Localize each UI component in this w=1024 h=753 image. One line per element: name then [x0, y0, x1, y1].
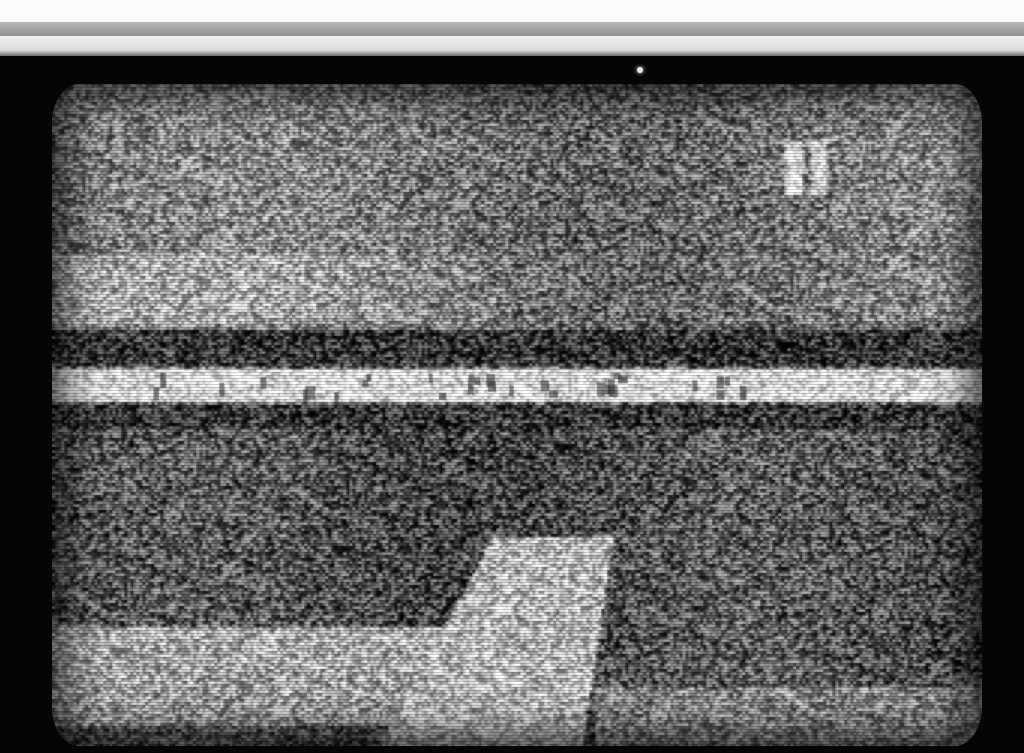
reflection-highlight [637, 67, 643, 73]
background-wall [0, 0, 1024, 24]
static-noise-image [52, 84, 982, 746]
tv-top-edge [0, 22, 1024, 36]
tv-bezel-lip [0, 36, 1024, 56]
crt-screen [52, 84, 982, 746]
